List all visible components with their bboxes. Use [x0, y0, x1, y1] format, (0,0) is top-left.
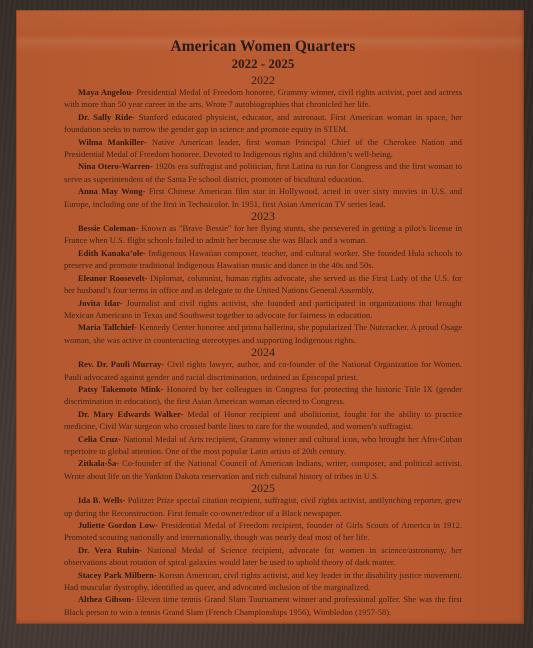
- year-section-2025: 2025Ida B. Wells- Pulitzer Prize special…: [64, 482, 462, 618]
- honoree-description: Journalist and civil rights activist, sh…: [64, 298, 462, 320]
- honoree-name: Dr. Mary Edwards Walker-: [78, 409, 183, 419]
- honoree-entry: Stacey Park Milbern- Korean American, ci…: [64, 569, 462, 594]
- honoree-name: Althea Gibson-: [78, 594, 134, 604]
- plaque-content: American Women Quarters 2022 - 2025 2022…: [64, 38, 462, 618]
- plaque-title: American Women Quarters: [64, 38, 462, 56]
- honoree-description: Co-founder of the National Council of Am…: [64, 458, 462, 480]
- honoree-name: Bessie Coleman-: [78, 223, 138, 233]
- honoree-entry: Dr. Vera Rubin- National Medal of Scienc…: [64, 544, 462, 569]
- honoree-name: Celia Cruz-: [78, 434, 121, 444]
- honoree-name: Eleanor Roosevelt-: [78, 273, 147, 283]
- year-heading: 2023: [64, 210, 462, 222]
- honoree-name: Jovita Idar-: [78, 298, 123, 308]
- honoree-description: National Medal of Arts recipient, Grammy…: [64, 434, 462, 456]
- honoree-entry: Dr. Mary Edwards Walker- Medal of Honor …: [64, 408, 462, 433]
- honoree-entry: Jovita Idar- Journalist and civil rights…: [64, 297, 462, 322]
- honoree-name: Rev. Dr. Pauli Murray-: [78, 359, 164, 369]
- plaque-subtitle: 2022 - 2025: [64, 56, 462, 72]
- honoree-entry: Ida B. Wells- Pulitzer Prize special cit…: [64, 494, 462, 519]
- honoree-entry: Althea Gibson- Eleven time tennis Grand …: [64, 593, 462, 618]
- honoree-name: Anna May Wong-: [78, 186, 145, 196]
- honoree-entry: Zitkala-Ša- Co-founder of the National C…: [64, 457, 462, 482]
- year-section-2023: 2023Bessie Coleman- Known as "Brave Bess…: [64, 210, 462, 346]
- honoree-entry: Maya Angelou- Presidential Medal of Free…: [64, 86, 462, 111]
- honoree-entry: Wilma Mankiller- Native American leader,…: [64, 136, 462, 161]
- honoree-entry: Patsy Takemoto Mink- Honored by her coll…: [64, 383, 462, 408]
- year-heading: 2022: [64, 74, 462, 86]
- honoree-name: Edith Kanaka’ole-: [78, 248, 146, 258]
- year-section-2022: 2022Maya Angelou- Presidential Medal of …: [64, 74, 462, 210]
- honoree-name: Ida B. Wells-: [78, 495, 125, 505]
- honoree-entry: Maria Tallchief- Kennedy Center honoree …: [64, 321, 462, 346]
- year-heading: 2024: [64, 346, 462, 358]
- honoree-entry: Eleanor Roosevelt- Diplomat, columnist, …: [64, 272, 462, 297]
- honoree-name: Maya Angelou-: [78, 87, 134, 97]
- honoree-entry: Nina Otero-Warren- 1920s era suffragist …: [64, 160, 462, 185]
- honoree-entry: Dr. Sally Ride- Stanford educated physic…: [64, 111, 462, 136]
- honoree-name: Dr. Vera Rubin-: [78, 545, 142, 555]
- honoree-name: Maria Tallchief-: [78, 322, 137, 332]
- honoree-entry: Juliette Gordon Low- Presidential Medal …: [64, 519, 462, 544]
- honoree-entry: Anna May Wong- First Chinese American fi…: [64, 185, 462, 210]
- honoree-name: Juliette Gordon Low-: [78, 520, 158, 530]
- honoree-name: Patsy Takemoto Mink-: [78, 384, 163, 394]
- year-heading: 2025: [64, 482, 462, 494]
- honoree-name: Wilma Mankiller-: [78, 137, 147, 147]
- honoree-entry: Bessie Coleman- Known as "Brave Bessie" …: [64, 222, 462, 247]
- year-section-2024: 2024Rev. Dr. Pauli Murray- Civil rights …: [64, 346, 462, 482]
- honoree-name: Nina Otero-Warren-: [78, 161, 153, 171]
- year-sections: 2022Maya Angelou- Presidential Medal of …: [64, 74, 462, 618]
- honoree-entry: Rev. Dr. Pauli Murray- Civil rights lawy…: [64, 358, 462, 383]
- honoree-name: Stacey Park Milbern-: [78, 570, 157, 580]
- honoree-name: Dr. Sally Ride-: [78, 112, 135, 122]
- honoree-entry: Celia Cruz- National Medal of Arts recip…: [64, 433, 462, 458]
- honoree-entry: Edith Kanaka’ole- Indigenous Hawaiian co…: [64, 247, 462, 272]
- honoree-name: Zitkala-Ša-: [78, 458, 119, 468]
